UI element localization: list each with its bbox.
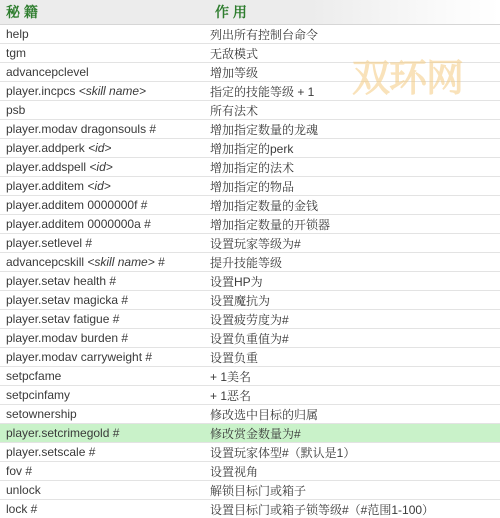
table-row: player.modav carryweight #设置负重: [0, 348, 500, 367]
command-cell: player.setav magicka #: [0, 293, 210, 307]
table-row: player.additem 0000000f #增加指定数量的金钱: [0, 196, 500, 215]
description-cell: 增加指定数量的开锁器: [210, 216, 500, 233]
command-cell: advancepclevel: [0, 65, 210, 79]
cheat-table-page: 秘 籍 作 用 help列出所有控制台命令tgm无敌模式advancepclev…: [0, 0, 500, 518]
table-row: player.addperk <id>增加指定的perk: [0, 139, 500, 158]
table-row: player.additem 0000000a #增加指定数量的开锁器: [0, 215, 500, 234]
table-row: fov #设置视角: [0, 462, 500, 481]
description-cell: 增加等级: [210, 64, 500, 81]
table-row: player.setcrimegold #修改赏金数量为#: [0, 424, 500, 443]
description-cell: 增加指定的perk: [210, 140, 500, 157]
description-cell: + 1美名: [210, 368, 500, 385]
table-row: lock #设置目标门或箱子锁等级#（#范围1-100）: [0, 500, 500, 518]
description-cell: 设置目标门或箱子锁等级#（#范围1-100）: [210, 501, 500, 518]
command-cell: player.addperk <id>: [0, 141, 210, 155]
command-cell: player.modav burden #: [0, 331, 210, 345]
description-cell: 提升技能等级: [210, 254, 500, 271]
table-row: help列出所有控制台命令: [0, 25, 500, 44]
description-cell: 设置负重值为#: [210, 330, 500, 347]
table-body: help列出所有控制台命令tgm无敌模式advancepclevel增加等级pl…: [0, 25, 500, 518]
table-row: psb所有法术: [0, 101, 500, 120]
command-cell: player.setav health #: [0, 274, 210, 288]
table-row: unlock解锁目标门或箱子: [0, 481, 500, 500]
description-cell: 修改赏金数量为#: [210, 425, 500, 442]
description-cell: 所有法术: [210, 102, 500, 119]
command-cell: setpcinfamy: [0, 388, 210, 402]
command-cell: player.setcrimegold #: [0, 426, 210, 440]
description-cell: 增加指定的物品: [210, 178, 500, 195]
command-cell: player.additem <id>: [0, 179, 210, 193]
table-row: setpcinfamy+ 1恶名: [0, 386, 500, 405]
description-cell: 设置玩家等级为#: [210, 235, 500, 252]
table-row: player.setlevel #设置玩家等级为#: [0, 234, 500, 253]
table-row: player.setav health #设置HP为: [0, 272, 500, 291]
table-row: advancepclevel增加等级: [0, 63, 500, 82]
column-header-cheat: 秘 籍: [0, 2, 210, 22]
description-cell: 增加指定的法术: [210, 159, 500, 176]
table-row: tgm无敌模式: [0, 44, 500, 63]
description-cell: 解锁目标门或箱子: [210, 482, 500, 499]
table-row: player.setav magicka #设置魔抗为: [0, 291, 500, 310]
command-cell: tgm: [0, 46, 210, 60]
cheat-table: 秘 籍 作 用 help列出所有控制台命令tgm无敌模式advancepclev…: [0, 0, 500, 518]
table-row: advancepcskill <skill name> #提升技能等级: [0, 253, 500, 272]
description-cell: 修改选中目标的归属: [210, 406, 500, 423]
description-cell: 增加指定数量的金钱: [210, 197, 500, 214]
command-cell: player.additem 0000000f #: [0, 198, 210, 212]
command-cell: unlock: [0, 483, 210, 497]
command-cell: player.modav dragonsouls #: [0, 122, 210, 136]
table-row: player.modav dragonsouls #增加指定数量的龙魂: [0, 120, 500, 139]
command-cell: advancepcskill <skill name> #: [0, 255, 210, 269]
description-cell: 设置视角: [210, 463, 500, 480]
table-header-row: 秘 籍 作 用: [0, 0, 500, 25]
table-row: player.setscale #设置玩家体型#（默认是1）: [0, 443, 500, 462]
table-row: setownership修改选中目标的归属: [0, 405, 500, 424]
description-cell: 设置疲劳度为#: [210, 311, 500, 328]
command-cell: player.setlevel #: [0, 236, 210, 250]
column-header-effect: 作 用: [210, 2, 500, 22]
command-cell: setownership: [0, 407, 210, 421]
command-cell: setpcfame: [0, 369, 210, 383]
command-cell: player.incpcs <skill name>: [0, 84, 210, 98]
description-cell: 列出所有控制台命令: [210, 26, 500, 43]
command-cell: player.additem 0000000a #: [0, 217, 210, 231]
command-cell: lock #: [0, 502, 210, 516]
table-row: player.setav fatigue #设置疲劳度为#: [0, 310, 500, 329]
command-cell: player.modav carryweight #: [0, 350, 210, 364]
description-cell: 增加指定数量的龙魂: [210, 121, 500, 138]
command-cell: help: [0, 27, 210, 41]
description-cell: 设置HP为: [210, 273, 500, 290]
description-cell: 设置玩家体型#（默认是1）: [210, 444, 500, 461]
command-cell: fov #: [0, 464, 210, 478]
table-row: player.addspell <id>增加指定的法术: [0, 158, 500, 177]
description-cell: 设置负重: [210, 349, 500, 366]
description-cell: 设置魔抗为: [210, 292, 500, 309]
command-cell: player.setscale #: [0, 445, 210, 459]
table-row: setpcfame+ 1美名: [0, 367, 500, 386]
table-row: player.modav burden #设置负重值为#: [0, 329, 500, 348]
description-cell: + 1恶名: [210, 387, 500, 404]
description-cell: 指定的技能等级 + 1: [210, 83, 500, 100]
description-cell: 无敌模式: [210, 45, 500, 62]
command-cell: psb: [0, 103, 210, 117]
command-cell: player.setav fatigue #: [0, 312, 210, 326]
command-cell: player.addspell <id>: [0, 160, 210, 174]
table-row: player.additem <id>增加指定的物品: [0, 177, 500, 196]
table-row: player.incpcs <skill name>指定的技能等级 + 1: [0, 82, 500, 101]
